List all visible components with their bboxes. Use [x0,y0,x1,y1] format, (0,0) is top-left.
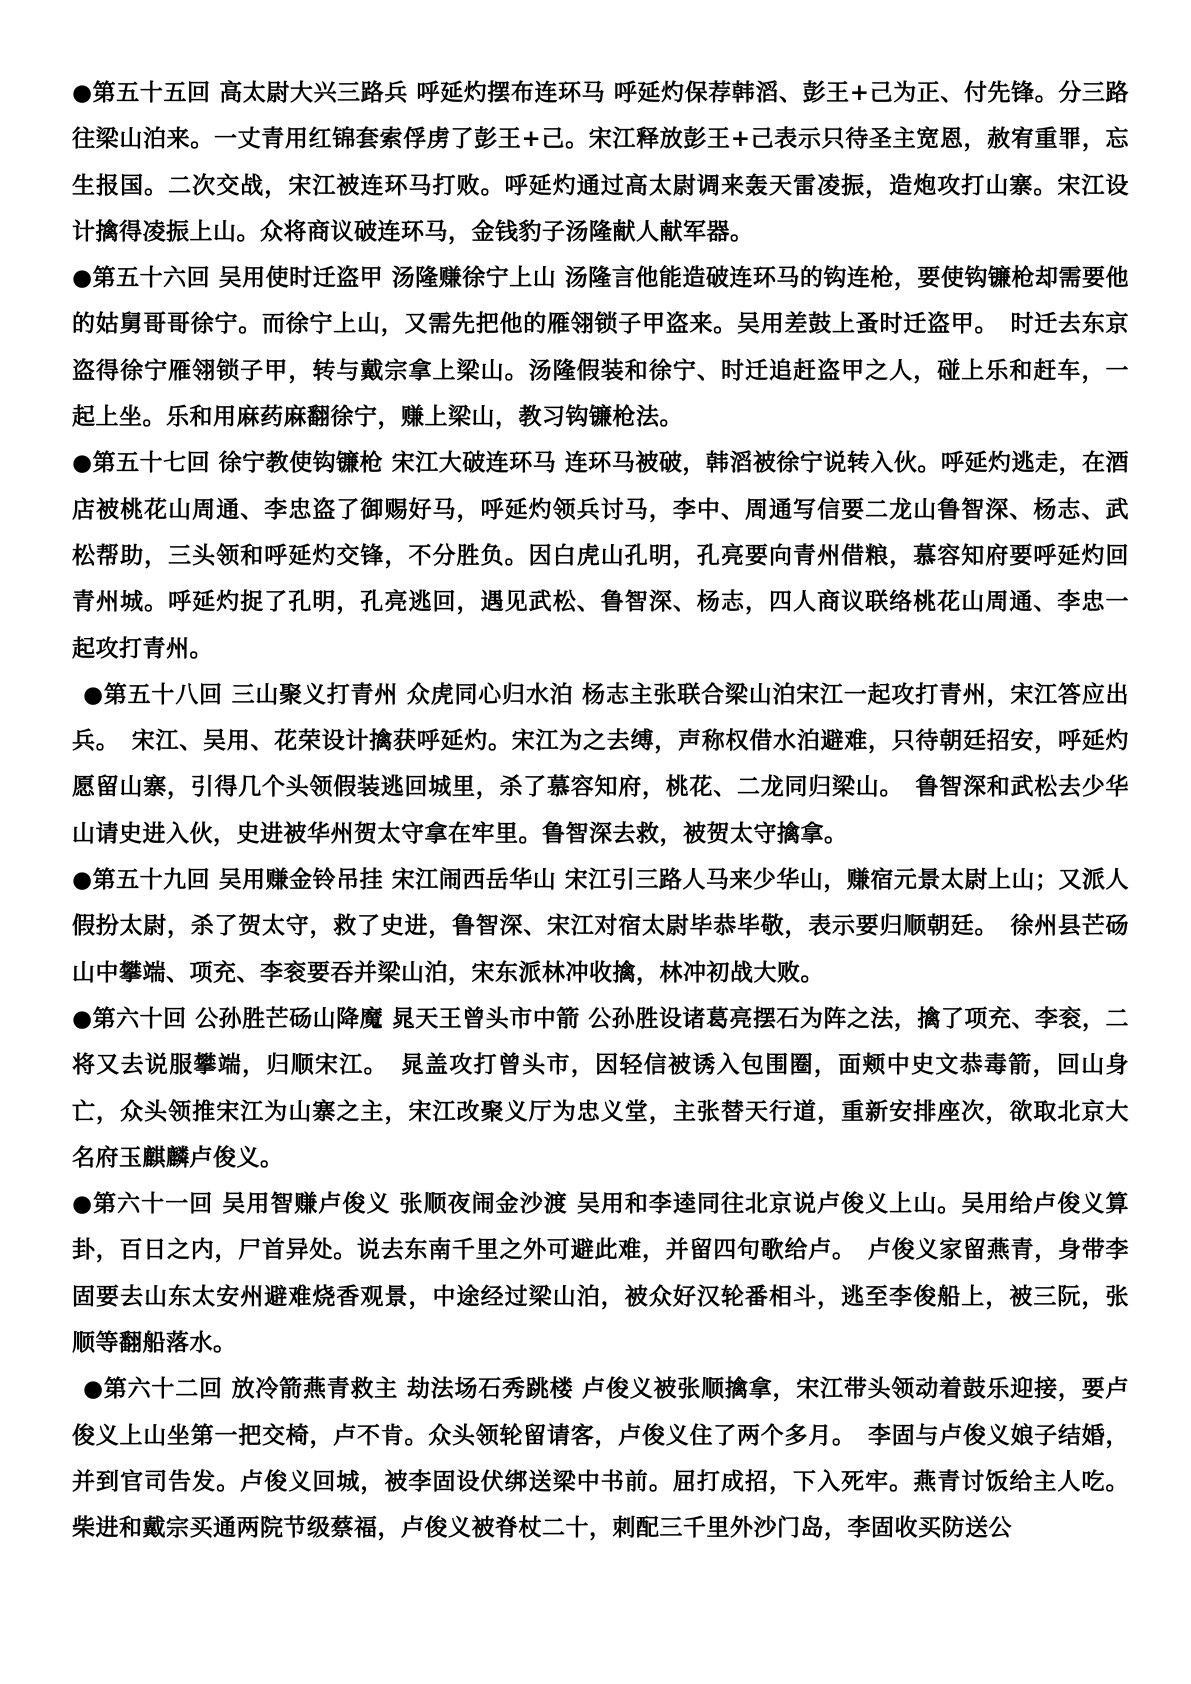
bullet-icon: ● [72,867,93,893]
chapter-heading: 第六十一回 吴用智赚卢俊义 张顺夜闹金沙渡 [93,1191,568,1217]
bullet-icon: ● [83,682,104,708]
bullet-icon: ● [72,450,93,476]
bullet-icon: ● [72,1006,93,1032]
document-page: ●第五十五回 高太尉大兴三路兵 呼延灼摆布连环马 呼延灼保荐韩滔、彭王+己为正、… [0,0,1191,1552]
bullet-icon: ● [83,1376,104,1402]
chapter-summary-paragraph: ●第五十五回 高太尉大兴三路兵 呼延灼摆布连环马 呼延灼保荐韩滔、彭王+己为正、… [72,70,1129,255]
chapter-heading: 第五十八回 三山聚义打青州 众虎同心归水泊 [104,682,574,708]
chapter-body-text: 连环马被破，韩滔被徐宁说转入伙。呼延灼逃走，在酒店被桃花山周通、李忠盗了御赐好马… [72,450,1129,661]
chapter-summary-paragraph: ●第五十九回 吴用赚金铃吊挂 宋江闹西岳华山 宋江引三路人马来少华山，赚宿元景太… [72,857,1129,996]
chapter-heading: 第六十二回 放冷箭燕青救主 劫法场石秀跳楼 [104,1376,574,1402]
chapter-summary-paragraph: ●第六十二回 放冷箭燕青救主 劫法场石秀跳楼 卢俊义被张顺擒拿，宋江带头领动着鼓… [72,1366,1129,1551]
chapter-summary-paragraph: ●第五十八回 三山聚义打青州 众虎同心归水泊 杨志主张联合梁山泊宋江一起攻打青州… [72,672,1129,857]
chapter-heading: 第六十回 公孙胜芒砀山降魔 晁天王曾头市中箭 [93,1006,580,1032]
chapter-heading: 第五十七回 徐宁教使钩镰枪 宋江大破连环马 [93,450,557,476]
chapter-heading: 第五十五回 高太尉大兴三路兵 呼延灼摆布连环马 [93,80,606,106]
page: { "page": { "background_color": "#ffffff… [0,0,1191,1684]
chapter-summary-paragraph: ●第五十七回 徐宁教使钩镰枪 宋江大破连环马 连环马被破，韩滔被徐宁说转入伙。呼… [72,440,1129,671]
chapter-summary-paragraph: ●第六十回 公孙胜芒砀山降魔 晁天王曾头市中箭 公孙胜设诸葛亮摆石为阵之法，擒了… [72,996,1129,1181]
chapter-heading: 第五十九回 吴用赚金铃吊挂 宋江闹西岳华山 [93,867,557,893]
bullet-icon: ● [72,80,93,106]
chapter-summary-paragraph: ●第六十一回 吴用智赚卢俊义 张顺夜闹金沙渡 吴用和李逵同往北京说卢俊义上山。吴… [72,1181,1129,1366]
bullet-icon: ● [72,265,93,291]
chapter-summary-paragraph: ●第五十六回 吴用使时迁盗甲 汤隆赚徐宁上山 汤隆言他能造破连环马的钩连枪，要使… [72,255,1129,440]
bullet-icon: ● [72,1191,93,1217]
chapter-heading: 第五十六回 吴用使时迁盗甲 汤隆赚徐宁上山 [93,265,557,291]
